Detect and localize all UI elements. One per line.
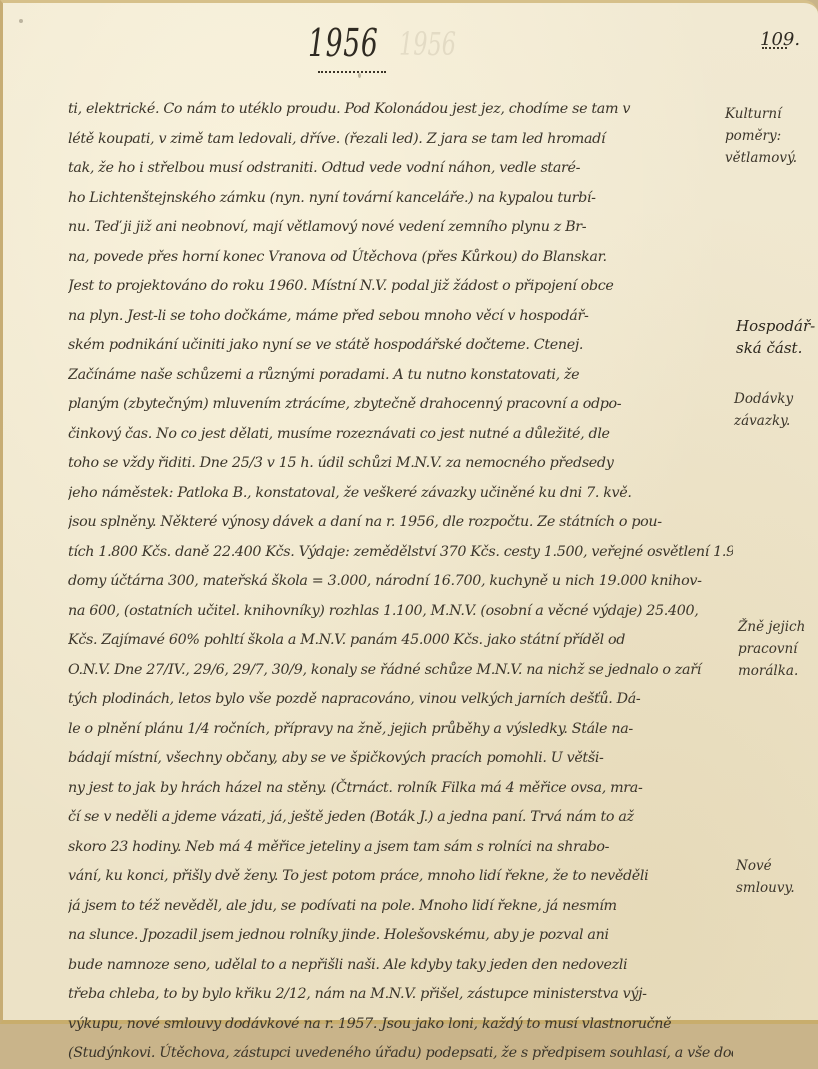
text-line: Jest to projektováno do roku 1960. Místn… xyxy=(68,272,733,302)
margin-note-line: pracovní xyxy=(738,638,805,660)
paper-speck xyxy=(19,19,23,23)
margin-note-line: smlouvy. xyxy=(736,877,795,899)
margin-note-line: Kulturní xyxy=(725,103,797,125)
text-line: jeho náměstek: Patloka B., konstatoval, … xyxy=(68,479,733,509)
text-line: ho Lichtenštejnského zámku (nyn. nyní to… xyxy=(68,184,733,214)
margin-note-deliveries: Dodávky závazky. xyxy=(734,388,793,432)
page-number-underline-decoration xyxy=(762,47,787,49)
margin-note-line: Dodávky xyxy=(734,388,793,410)
chronicle-page: 1956 1956 109. ti, elektrické. Co nám to… xyxy=(0,0,818,1024)
margin-note-harvest: Žně jejich pracovní morálka. xyxy=(738,616,805,682)
text-line: Začínáme naše schůzemi a různými poradam… xyxy=(68,361,733,391)
margin-note-line: Hospodář- xyxy=(736,315,815,337)
paper-speck xyxy=(358,73,361,78)
margin-note-line: Nové xyxy=(736,855,795,877)
year-underline-decoration xyxy=(318,69,386,73)
text-line: třeba chleba, to by bylo křiku 2/12, nám… xyxy=(68,980,733,1010)
bleed-through-year: 1956 xyxy=(399,25,456,63)
text-line: planým (zbytečným) mluvením ztrácíme, zb… xyxy=(68,390,733,420)
margin-note-line: morálka. xyxy=(738,660,805,682)
text-line: na slunce. Jpozadil jsem jednou rolníky … xyxy=(68,921,733,951)
text-line: ti, elektrické. Co nám to utéklo proudu.… xyxy=(68,95,733,125)
margin-note-line: závazky. xyxy=(734,410,793,432)
text-line: čí se v neděli a jdeme vázati, já, ještě… xyxy=(68,803,733,833)
handwritten-body-text: ti, elektrické. Co nám to utéklo proudu.… xyxy=(68,95,733,1024)
margin-note-line: ská část. xyxy=(736,337,815,359)
margin-note-cultural: Kulturní poměry: větlamový. xyxy=(725,103,797,169)
text-line: výkupu, nové smlouvy dodávkové na r. 195… xyxy=(68,1010,733,1025)
text-line: skoro 23 hodiny. Neb má 4 měřice jetelin… xyxy=(68,833,733,863)
margin-note-line: větlamový. xyxy=(725,147,797,169)
text-line: na, povede přes horní konec Vranova od Ú… xyxy=(68,243,733,273)
text-line: jsou splněny. Některé výnosy dávek a dan… xyxy=(68,508,733,538)
text-line: le o plnění plánu 1/4 ročních, přípravy … xyxy=(68,715,733,745)
text-line: já jsem to též nevěděl, ale jdu, se podí… xyxy=(68,892,733,922)
text-line: tých plodinách, letos bylo vše pozdě nap… xyxy=(68,685,733,715)
text-line: bude namnoze seno, udělal to a nepřišli … xyxy=(68,951,733,981)
text-line: létě koupati, v zimě tam ledovali, dříve… xyxy=(68,125,733,155)
text-line: na plyn. Jest-li se toho dočkáme, máme p… xyxy=(68,302,733,332)
text-line: nu. Teď ji již ani neobnoví, mají větlam… xyxy=(68,213,733,243)
margin-note-line: Žně jejich xyxy=(738,616,805,638)
text-line: ském podnikání učiniti jako nyní se ve s… xyxy=(68,331,733,361)
text-line: bádají místní, všechny občany, aby se ve… xyxy=(68,744,733,774)
text-line: toho se vždy řiditi. Dne 25/3 v 15 h. úd… xyxy=(68,449,733,479)
text-line: vání, ku konci, přišly dvě ženy. To jest… xyxy=(68,862,733,892)
text-line: tích 1.800 Kčs. daně 22.400 Kčs. Výdaje:… xyxy=(68,538,733,568)
page-year-heading: 1956 xyxy=(308,21,379,65)
margin-note-contracts: Nové smlouvy. xyxy=(736,855,795,899)
text-line: tak, že ho i střelbou musí odstraniti. O… xyxy=(68,154,733,184)
text-line: ny jest to jak by hrách házel na stěny. … xyxy=(68,774,733,804)
text-line: na 600, (ostatních učitel. knihovníky) r… xyxy=(68,597,733,627)
text-line: O.N.V. Dne 27/IV., 29/6, 29/7, 30/9, kon… xyxy=(68,656,733,686)
text-line: Kčs. Zajímavé 60% pohltí škola a M.N.V. … xyxy=(68,626,733,656)
margin-note-line: poměry: xyxy=(725,125,797,147)
margin-note-economic: Hospodář- ská část. xyxy=(736,315,815,359)
text-line: činkový čas. No co jest dělati, musíme r… xyxy=(68,420,733,450)
text-line: domy účtárna 300, mateřská škola = 3.000… xyxy=(68,567,733,597)
